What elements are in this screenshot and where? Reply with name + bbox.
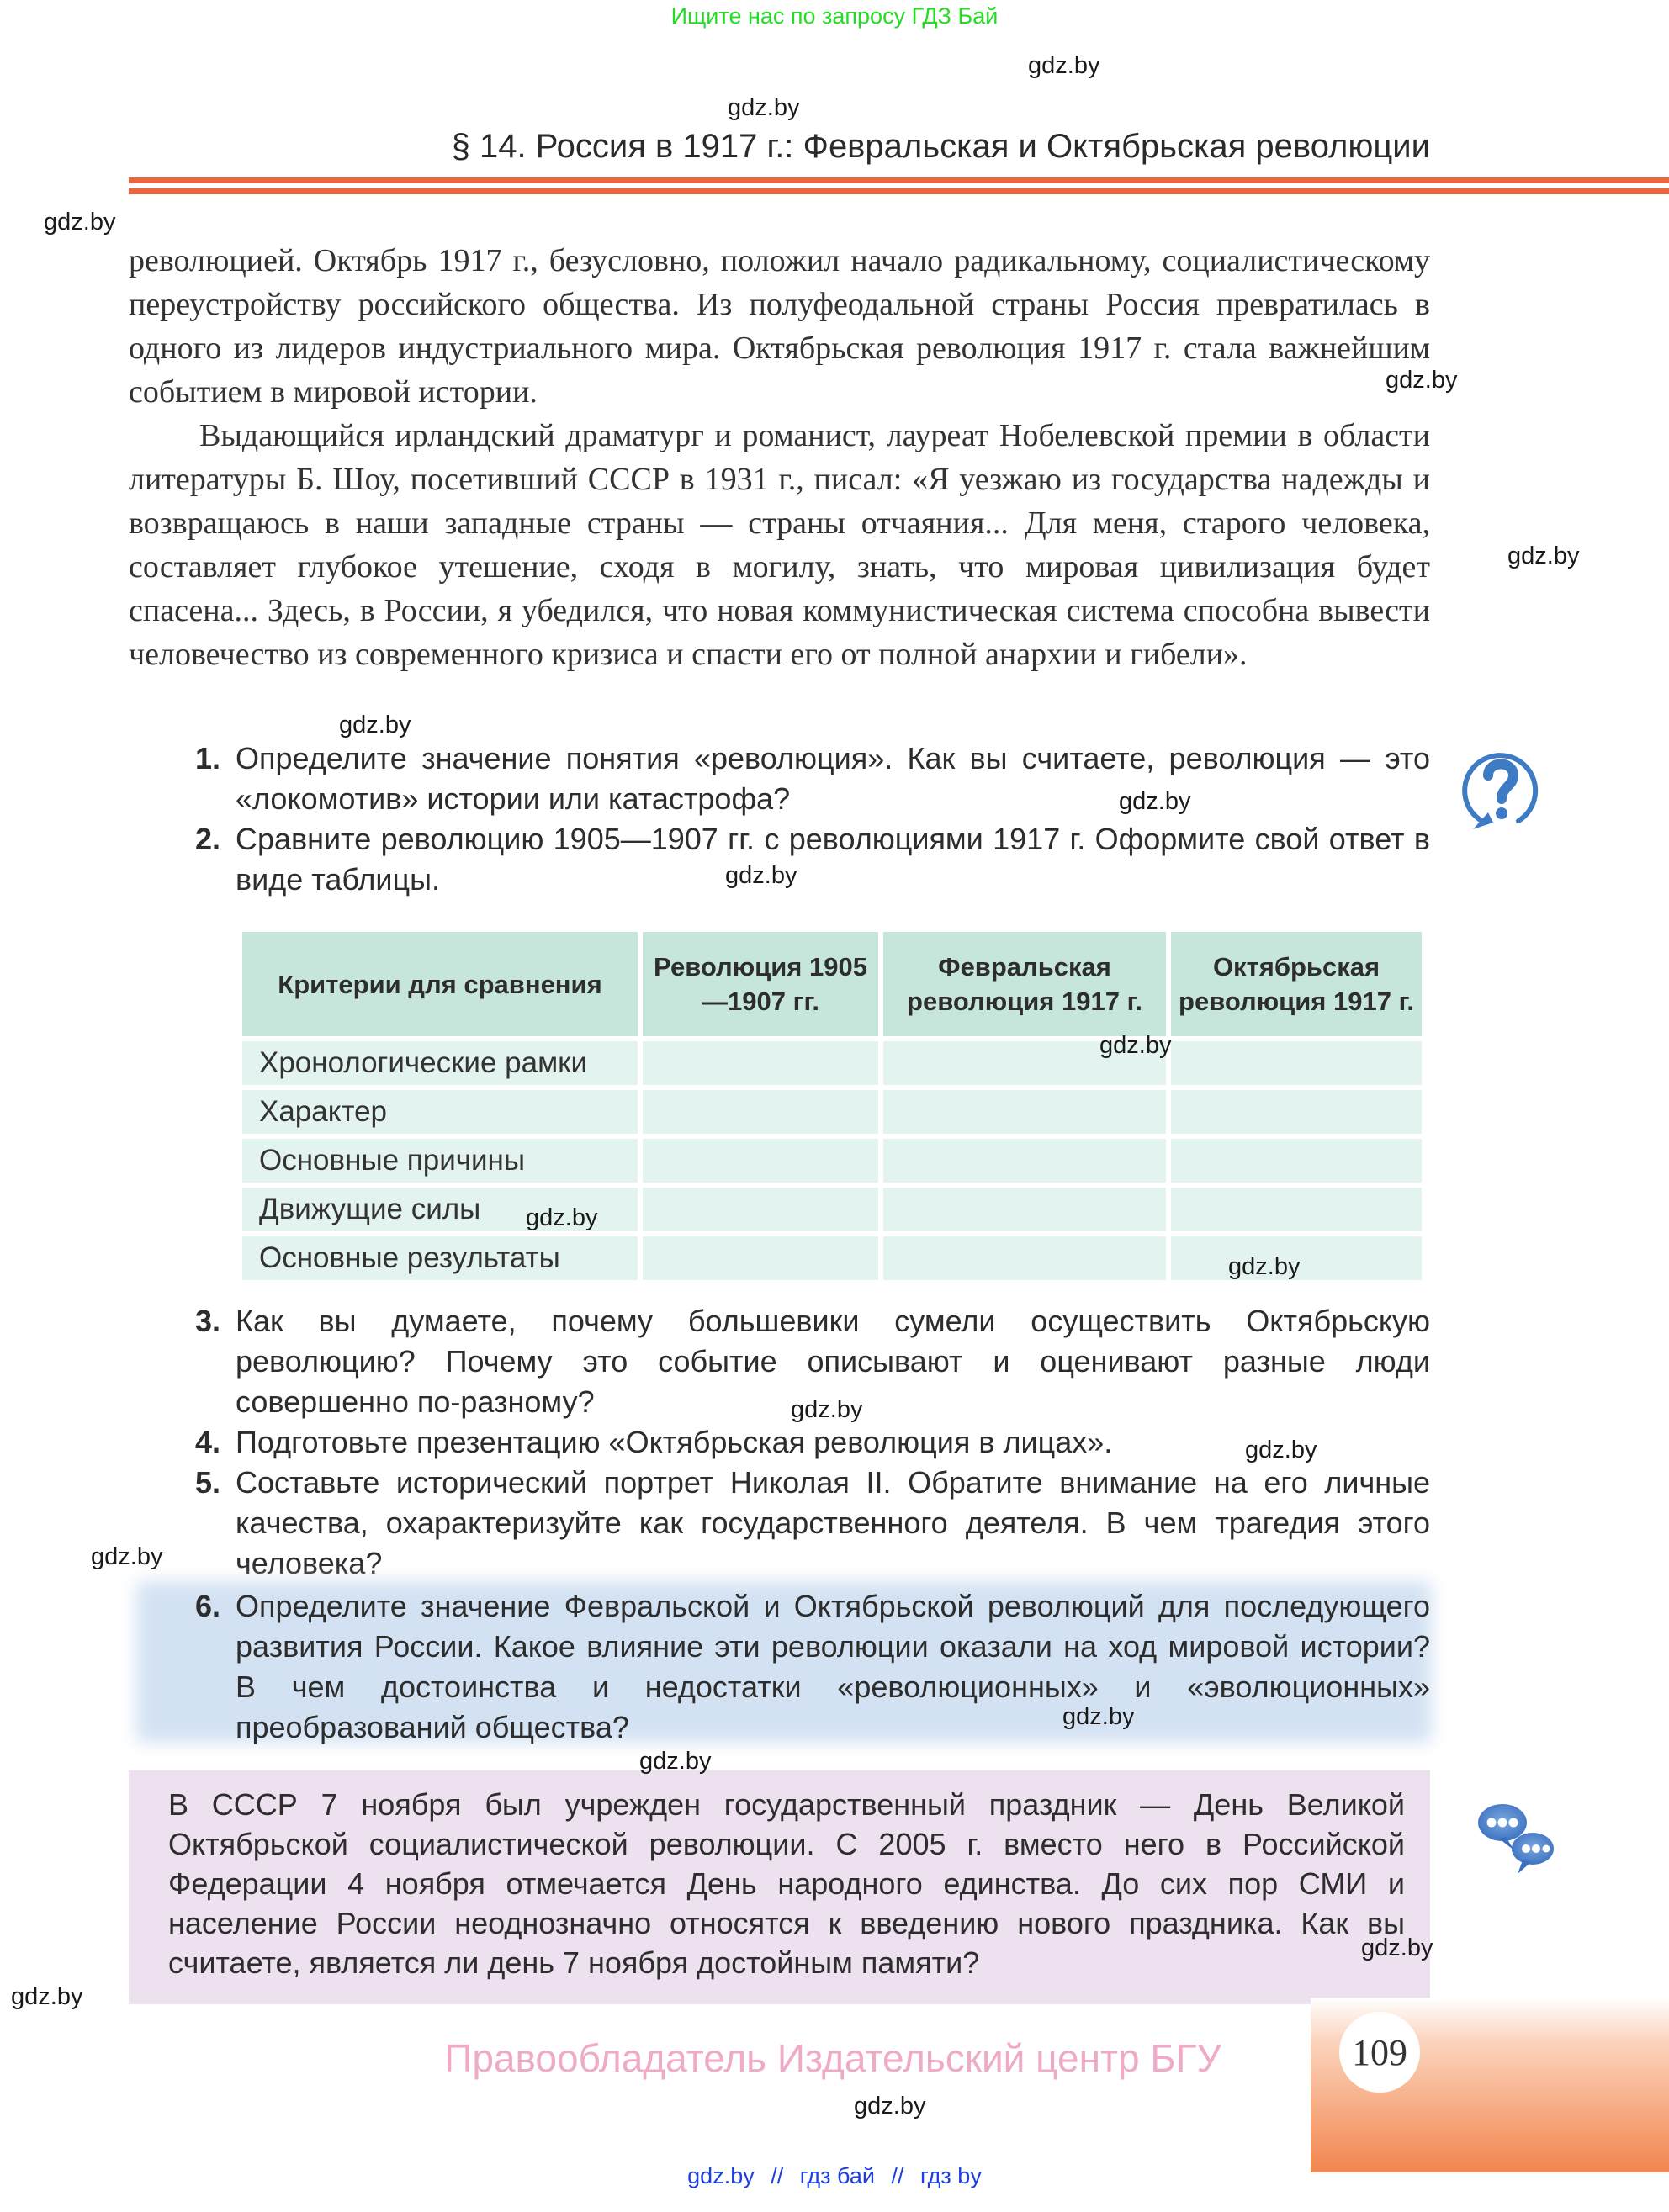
question-number: 6. (195, 1586, 236, 1748)
page-number: 109 (1339, 2012, 1420, 2093)
table-cell-criterion: Основные результаты (242, 1236, 638, 1280)
question-1: 1. Определите значение понятия «революци… (195, 738, 1430, 819)
table-cell-criterion: Хронологические рамки (242, 1041, 638, 1085)
footer-separator: // (771, 2163, 783, 2188)
table-header-row: Критерии для сравнения Революция 1905—19… (242, 932, 1422, 1036)
question-4: 4. Подготовьте презентацию «Октябрьская … (195, 1422, 1430, 1463)
header-stripe-bottom (129, 188, 1669, 194)
table-cell (1171, 1188, 1422, 1231)
table-cell-criterion: Основные причины (242, 1139, 638, 1183)
body-text: революцией. Октябрь 1917 г., безусловно,… (129, 239, 1430, 676)
watermark: gdz.by (728, 94, 799, 122)
question-text: Определите значение понятия «революция».… (236, 738, 1430, 819)
paragraph-shaw-quote: Выдающийся ирландский драматург и романи… (129, 414, 1430, 676)
questions-group-3: 6. Определите значение Февральской и Окт… (195, 1586, 1430, 1748)
question-5: 5. Составьте исторический портрет Никола… (195, 1463, 1430, 1584)
comparison-table: Критерии для сравнения Революция 1905—19… (242, 932, 1422, 1285)
question-text: Сравните революцию 1905—1907 гг. с револ… (236, 819, 1430, 900)
watermark: gdz.by (1507, 542, 1579, 570)
watermark: gdz.by (1062, 1703, 1134, 1731)
question-2: 2. Сравните революцию 1905—1907 гг. с ре… (195, 819, 1430, 900)
table-cell (643, 1090, 878, 1134)
watermark: gdz.by (44, 209, 115, 236)
table-cell (643, 1236, 878, 1280)
table-row: Основные причины (242, 1139, 1422, 1183)
table-header-cell: Революция 1905—1907 гг. (643, 932, 878, 1036)
paragraph: революцией. Октябрь 1917 г., безусловно,… (129, 239, 1430, 414)
table-row: Хронологические рамки (242, 1041, 1422, 1085)
question-6: 6. Определите значение Февральской и Окт… (195, 1586, 1430, 1748)
table-cell (883, 1236, 1166, 1280)
footer-links: gdz.by // гдз бай // гдз by (0, 2163, 1669, 2189)
table-header-cell: Критерии для сравнения (242, 932, 638, 1036)
watermark: gdz.by (1099, 1032, 1171, 1060)
table-cell (883, 1139, 1166, 1183)
watermark: gdz.by (526, 1204, 597, 1232)
footer-link-gdz-bai[interactable]: гдз бай (800, 2163, 875, 2188)
question-number: 4. (195, 1422, 236, 1463)
question-number: 5. (195, 1463, 236, 1584)
question-number: 2. (195, 819, 236, 900)
table-cell-criterion: Характер (242, 1090, 638, 1134)
table-header-cell: Октябрьская революция 1917 г. (1171, 932, 1422, 1036)
question-text: Составьте исторический портрет Николая I… (236, 1463, 1430, 1584)
footer-link-gdz-by-alt[interactable]: гдз by (920, 2163, 982, 2188)
watermark: gdz.by (339, 712, 411, 739)
table-cell (643, 1139, 878, 1183)
table-row: Характер (242, 1090, 1422, 1134)
question-text: Подготовьте презентацию «Октябрьская рев… (236, 1422, 1430, 1463)
watermark: gdz.by (854, 2093, 925, 2120)
watermark: gdz.by (11, 1983, 82, 2011)
table-cell (883, 1188, 1166, 1231)
question-number: 1. (195, 738, 236, 819)
watermark: gdz.by (639, 1748, 711, 1775)
question-text: Как вы думаете, почему большевики сумели… (236, 1301, 1430, 1422)
copyright-owner: Правообладатель Издательский центр БГУ (387, 2035, 1279, 2081)
question-number: 3. (195, 1301, 236, 1422)
watermark: gdz.by (1028, 52, 1099, 80)
question-3: 3. Как вы думаете, почему большевики сум… (195, 1301, 1430, 1422)
table-cell (643, 1188, 878, 1231)
watermark: gdz.by (1228, 1253, 1300, 1281)
table-cell (883, 1090, 1166, 1134)
table-cell (1171, 1041, 1422, 1085)
table-cell (643, 1041, 878, 1085)
table-cell (1171, 1090, 1422, 1134)
question-circle-icon (1460, 749, 1540, 829)
questions-group-1: 1. Определите значение понятия «революци… (195, 738, 1430, 900)
question-text: Определите значение Февральской и Октябр… (236, 1586, 1430, 1748)
table-header-cell: Февральская революция 1917 г. (883, 932, 1166, 1036)
speech-bubbles-icon (1474, 1800, 1558, 1876)
table-row: Движущие силы (242, 1188, 1422, 1231)
footer-separator: // (892, 2163, 904, 2188)
watermark: gdz.by (1361, 1934, 1433, 1962)
footer-link-gdz-by[interactable]: gdz.by (687, 2163, 755, 2188)
table-cell (1171, 1139, 1422, 1183)
questions-group-2: 3. Как вы думаете, почему большевики сум… (195, 1301, 1430, 1584)
section-title: § 14. Россия в 1917 г.: Февральская и Ок… (387, 128, 1430, 166)
search-banner: Ищите нас по запросу ГДЗ Бай (0, 3, 1669, 29)
discussion-text: В СССР 7 ноября был учрежден государстве… (168, 1785, 1405, 1982)
header-stripe-top (129, 177, 1669, 183)
watermark: gdz.by (91, 1543, 162, 1571)
